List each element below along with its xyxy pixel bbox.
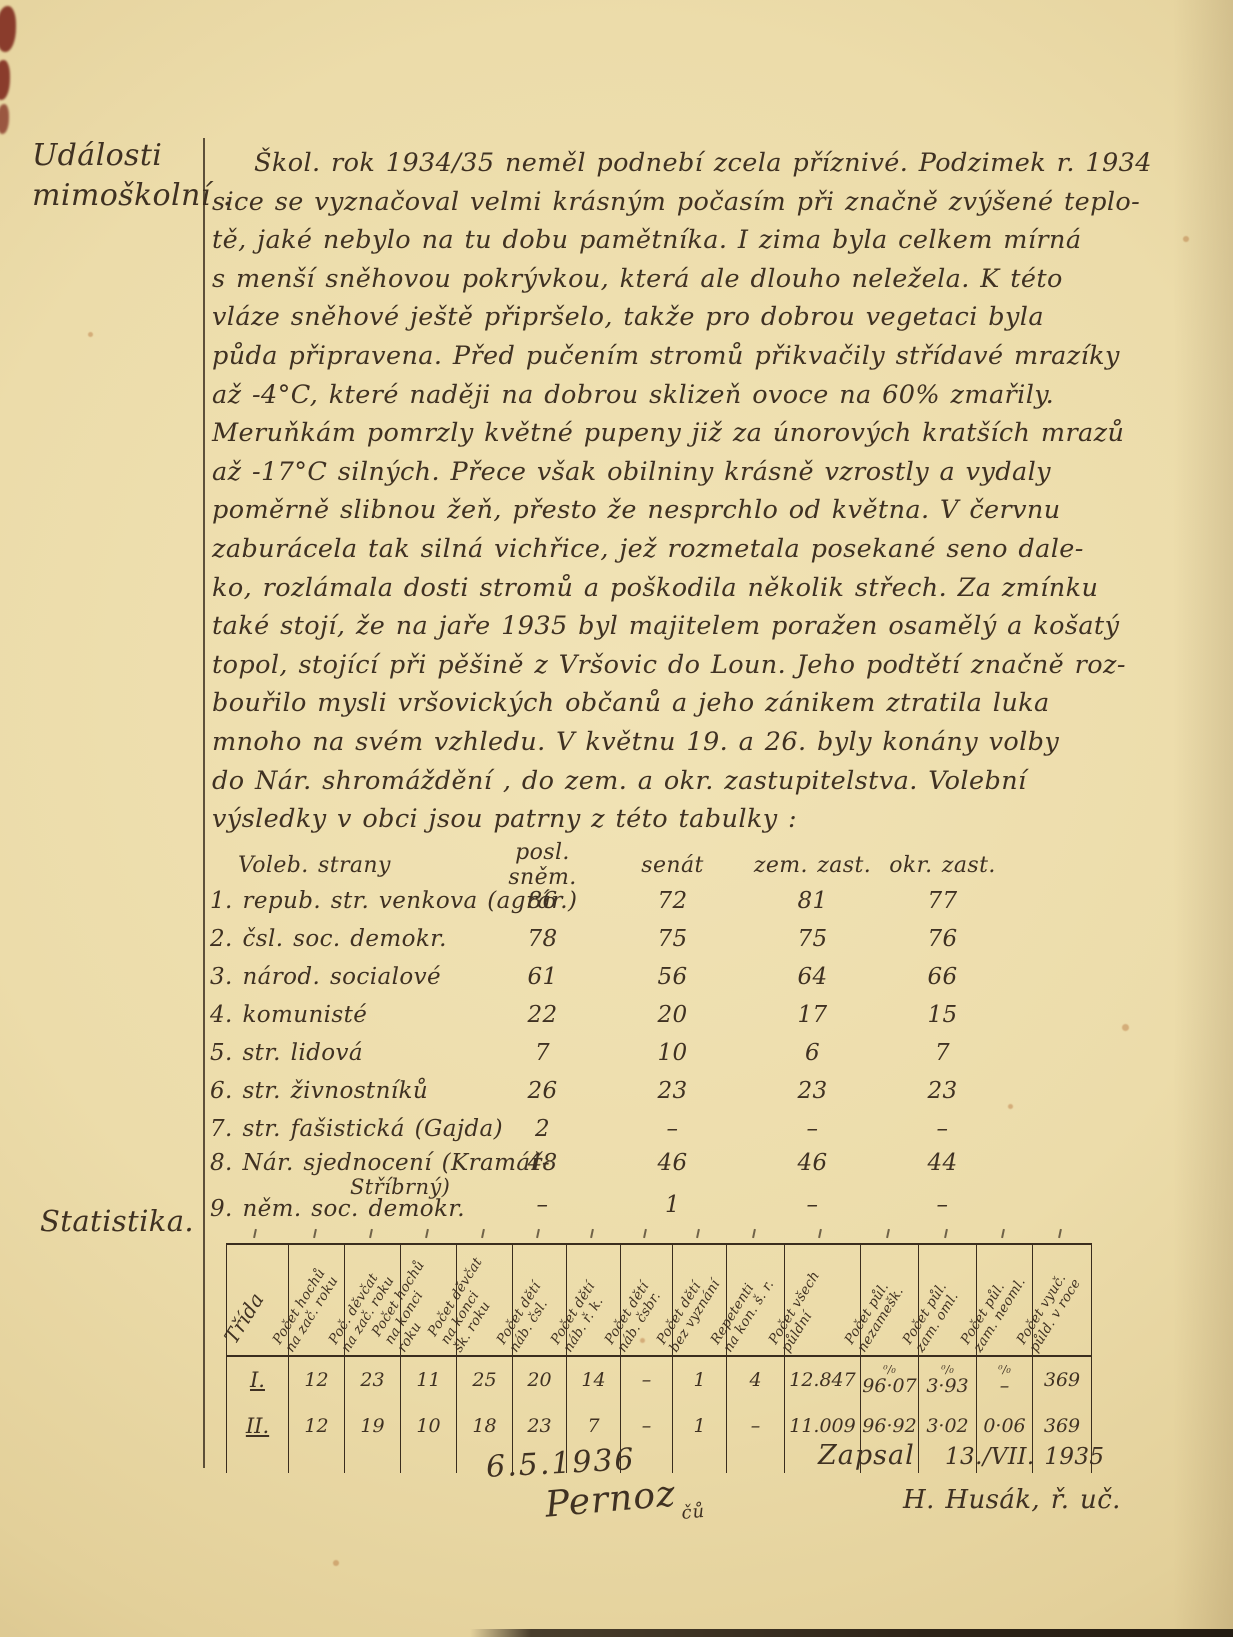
vote-count: –: [600, 1116, 745, 1142]
election-row: 3. národ. socialové61566466: [210, 958, 1090, 996]
stats-cell: 23: [345, 1357, 400, 1403]
stats-value: –: [1000, 1377, 1010, 1396]
stats-value: 369: [1044, 1371, 1080, 1390]
stats-cell: ⁰/₀–: [977, 1357, 1032, 1403]
election-column-header: okr. zast.: [880, 853, 1005, 878]
paragraph-line: zaburácela tak silná vichřice, jež rozme…: [212, 530, 1122, 569]
party-name: 8. Nár. sjednocení (Kramář-Stříbrný): [210, 1150, 485, 1176]
stats-cell: 369: [1033, 1403, 1091, 1449]
stats-cell: 7: [567, 1403, 620, 1449]
election-row: 4. komunisté22201715: [210, 996, 1090, 1034]
vote-count: 64: [745, 964, 880, 990]
vote-count: 23: [600, 1078, 745, 1104]
vote-count: 10: [600, 1040, 745, 1066]
percent-mark: ⁰/₀: [998, 1364, 1011, 1375]
election-row: 6. str. živnostníků26232323: [210, 1072, 1090, 1110]
stats-cell: 12: [289, 1357, 344, 1403]
vote-count: 1: [600, 1192, 745, 1218]
vote-count: 15: [880, 1002, 1005, 1028]
stats-value: 12.847: [789, 1371, 855, 1390]
stats-column: Počet půl. nezamešk.⁰/₀96·0796·92: [860, 1245, 918, 1473]
stats-cell: 11: [401, 1357, 456, 1403]
vote-count: 48: [485, 1150, 600, 1176]
vote-count: 22: [485, 1002, 600, 1028]
stats-value: 23: [527, 1417, 551, 1436]
paragraph-line: Meruňkám pomrzly květné pupeny již za ún…: [212, 414, 1122, 453]
page-edge-shade: [1173, 0, 1233, 1637]
edge-mark: [0, 60, 10, 100]
stats-value: 14: [581, 1371, 605, 1390]
tick-mark: [886, 1229, 890, 1238]
paragraph-line: také stojí, že na jaře 1935 byl majitele…: [212, 607, 1122, 646]
stats-value: 19: [360, 1417, 384, 1436]
stats-value: 96·92: [862, 1417, 916, 1436]
stats-value: 11: [416, 1371, 440, 1390]
paragraph-line: sice se vyznačoval velmi krásným počasím…: [212, 183, 1122, 222]
percent-mark: ⁰/₀: [941, 1364, 954, 1375]
margin-rule: [203, 138, 205, 1468]
stats-cell: 4: [727, 1357, 784, 1403]
stats-value: 12: [304, 1371, 328, 1390]
vote-count: 81: [745, 888, 880, 914]
stats-column: Počet všech půldní12.84711.009: [784, 1245, 860, 1473]
stats-cell: 25: [457, 1357, 512, 1403]
vote-count: 46: [600, 1150, 745, 1176]
paragraph-line: půda připravena. Před pučením stromů při…: [212, 337, 1122, 376]
paragraph-line: Škol. rok 1934/35 neměl podnebí zcela př…: [212, 144, 1122, 183]
vote-count: 2: [485, 1116, 600, 1142]
stats-value: 96·07: [862, 1377, 916, 1396]
stats-value: 23: [360, 1371, 384, 1390]
stats-value: 25: [472, 1371, 496, 1390]
vote-count: 76: [880, 926, 1005, 952]
vote-count: 78: [485, 926, 600, 952]
vote-count: 17: [745, 1002, 880, 1028]
chronicle-paragraph: Škol. rok 1934/35 neměl podnebí zcela př…: [212, 144, 1122, 839]
stats-value: 0·06: [983, 1417, 1025, 1436]
vote-count: 23: [745, 1078, 880, 1104]
vote-count: –: [745, 1192, 880, 1218]
vote-count: 7: [880, 1040, 1005, 1066]
stats-value: 10: [416, 1417, 440, 1436]
stats-cell: ⁰/₀96·07: [861, 1357, 918, 1403]
tick-mark: [590, 1229, 594, 1238]
vote-count: –: [880, 1116, 1005, 1142]
stats-value: 3·02: [926, 1417, 968, 1436]
paper-stain: [333, 1560, 339, 1566]
stats-column: Počet hochů na konci roku1110: [400, 1245, 456, 1473]
percent-mark: ⁰/₀: [883, 1364, 896, 1375]
stats-cell: 12.847: [785, 1357, 860, 1403]
tick-mark: [944, 1229, 948, 1238]
stats-cell: 14: [567, 1357, 620, 1403]
party-name: 4. komunisté: [210, 1002, 485, 1028]
vote-count: 61: [485, 964, 600, 990]
tick-mark: [696, 1229, 700, 1238]
stats-cell: 0·06: [977, 1403, 1032, 1449]
stats-cell: 23: [513, 1403, 566, 1449]
stats-value: 11.009: [789, 1417, 855, 1436]
stats-cell: ⁰/₀3·93: [919, 1357, 976, 1403]
stats-column: Repetenti na kon. š. r.4–: [726, 1245, 784, 1473]
stats-column: Počet dětí náb. čsl.2023: [512, 1245, 566, 1473]
stats-cell: 369: [1033, 1357, 1091, 1403]
class-label: I.: [227, 1357, 288, 1403]
stats-column: Počet dětí náb. ř. k.147: [566, 1245, 620, 1473]
stats-column: Počet hochů na zač. roku1212: [288, 1245, 344, 1473]
stats-cell: 1: [673, 1403, 726, 1449]
vote-count: 26: [485, 1078, 600, 1104]
vote-count: 23: [880, 1078, 1005, 1104]
edge-mark: [0, 104, 9, 134]
paragraph-line: bouřilo mysli vršovických občanů a jeho …: [212, 684, 1122, 723]
election-row: 8. Nár. sjednocení (Kramář-Stříbrný)4846…: [210, 1148, 1090, 1186]
tick-mark: [313, 1229, 317, 1238]
recorded-by-label: Zapsal: [818, 1440, 915, 1471]
stats-value: –: [751, 1417, 761, 1436]
stats-value: 7: [587, 1417, 599, 1436]
paper-stain: [1122, 1024, 1129, 1031]
election-column-header: zem. zast.: [745, 853, 880, 878]
paragraph-line: mnoho na svém vzhledu. V květnu 19. a 26…: [212, 723, 1122, 762]
election-row: 7. str. fašistická (Gajda)2–––: [210, 1110, 1090, 1148]
tick-mark: [254, 1229, 258, 1238]
stats-cell: 18: [457, 1403, 512, 1449]
stats-value: –: [642, 1371, 652, 1390]
vote-count: 46: [745, 1150, 880, 1176]
party-name: 7. str. fašistická (Gajda): [210, 1116, 485, 1142]
tick-mark: [1001, 1229, 1005, 1238]
stats-value: 18: [472, 1417, 496, 1436]
election-row: 2. čsl. soc. demokr.78757576: [210, 920, 1090, 958]
stats-column: Počet děvčat na konci šk. roku2518: [456, 1245, 512, 1473]
paragraph-line: poměrně slibnou žeň, přesto že nesprchlo…: [212, 491, 1122, 530]
stats-value: 3·93: [926, 1377, 968, 1396]
vote-count: 66: [880, 964, 1005, 990]
tick-mark: [369, 1229, 373, 1238]
vote-count: 75: [600, 926, 745, 952]
paragraph-line: až -4°C, které naději na dobrou sklizeň …: [212, 376, 1122, 415]
stats-value: –: [642, 1417, 652, 1436]
vote-count: 6: [745, 1040, 880, 1066]
tick-mark: [1058, 1229, 1062, 1238]
paragraph-line: vláze sněhové ještě připršelo, takže pro…: [212, 298, 1122, 337]
stats-cell: 12: [289, 1403, 344, 1449]
statistics-table: TřídaI.II.Počet hochů na zač. roku1212Po…: [226, 1243, 1092, 1473]
tick-mark: [643, 1229, 647, 1238]
election-column-header: Voleb. strany: [210, 853, 485, 878]
statistics-table-header-rule: [226, 1355, 1092, 1357]
stats-column: Počet dětí bez vyznání11: [672, 1245, 726, 1473]
party-name: 3. národ. socialové: [210, 964, 485, 990]
stats-value: 1: [693, 1371, 705, 1390]
stats-cell: –: [621, 1357, 672, 1403]
vote-count: 86: [485, 888, 600, 914]
party-name: 5. str. lidová: [210, 1040, 485, 1066]
party-name: 1. repub. str. venkova (agrár.): [210, 888, 485, 914]
stats-column: TřídaI.II.: [226, 1245, 288, 1473]
stats-cell: 10: [401, 1403, 456, 1449]
inspector-signature-text: Pernoz: [544, 1473, 678, 1525]
stats-cell: 3·02: [919, 1403, 976, 1449]
election-row: 9. něm. soc. demokr.–1––: [210, 1186, 1090, 1224]
paragraph-line: výsledky v obci jsou patrny z této tabul…: [212, 800, 1122, 839]
stats-column-header: Počet vyuč. půld. v roce: [1033, 1245, 1091, 1357]
vote-count: 72: [600, 888, 745, 914]
paragraph-line: do Nár. shromáždění , do zem. a okr. zas…: [212, 762, 1122, 801]
vote-count: 44: [880, 1150, 1005, 1176]
stats-column: Poč. děvčat na zač. roku2319: [344, 1245, 400, 1473]
election-row: 1. repub. str. venkova (agrár.)86728177: [210, 882, 1090, 920]
stats-column: Počet vyuč. půld. v roce369369: [1032, 1245, 1092, 1473]
vote-count: 20: [600, 1002, 745, 1028]
election-header-row: Voleb. stranyposl. sněm.senátzem. zast.o…: [210, 840, 1090, 882]
stats-value: 20: [527, 1371, 551, 1390]
recorded-date: 13./VII. 1935: [945, 1444, 1104, 1470]
stats-cell: 19: [345, 1403, 400, 1449]
vote-count: 56: [600, 964, 745, 990]
stats-value: 369: [1044, 1417, 1080, 1436]
recorder-signature: H. Husák, ř. uč.: [903, 1485, 1121, 1515]
stats-cell: 1: [673, 1357, 726, 1403]
vote-count: 77: [880, 888, 1005, 914]
election-row: 5. str. lidová71067: [210, 1034, 1090, 1072]
paragraph-line: topol, stojící při pěšině z Vršovic do L…: [212, 646, 1122, 685]
stats-column: Počet dětí náb. čsbr.––: [620, 1245, 672, 1473]
stats-value: 4: [749, 1371, 761, 1390]
paragraph-line: ko, rozlámala dosti stromů a poškodila n…: [212, 569, 1122, 608]
vote-count: –: [485, 1192, 600, 1218]
party-name: 6. str. živnostníků: [210, 1078, 485, 1104]
stats-value: 12: [304, 1417, 328, 1436]
vote-count: –: [880, 1192, 1005, 1218]
party-name: 2. čsl. soc. demokr.: [210, 926, 485, 952]
vote-count: 75: [745, 926, 880, 952]
tick-mark: [818, 1229, 822, 1238]
stats-cell: –: [727, 1403, 784, 1449]
election-results-table: Voleb. stranyposl. sněm.senátzem. zast.o…: [210, 840, 1090, 1224]
paragraph-line: až -17°C silných. Přece však obilniny kr…: [212, 453, 1122, 492]
election-column-header: senát: [600, 853, 745, 878]
party-name: 9. něm. soc. demokr.: [210, 1196, 485, 1222]
stats-value: 1: [693, 1417, 705, 1436]
page-edge-shadow: [470, 1629, 1233, 1637]
tick-mark: [752, 1229, 756, 1238]
paragraph-line: s menší sněhovou pokrývkou, která ale dl…: [212, 260, 1122, 299]
inspector-signature-suffix: čů: [681, 1501, 706, 1524]
paragraph-line: tě, jaké nebylo na tu dobu pamětníka. I …: [212, 221, 1122, 260]
stats-column: Počet půl. zam. oml.⁰/₀3·933·02: [918, 1245, 976, 1473]
vote-count: 7: [485, 1040, 600, 1066]
vote-count: –: [745, 1116, 880, 1142]
edge-mark: [0, 6, 16, 52]
chronicle-page: Události mimoškolní . Statistika. Škol. …: [0, 0, 1233, 1637]
stats-column: Počet půl. zam. neoml.⁰/₀–0·06: [976, 1245, 1032, 1473]
paper-stain: [88, 332, 93, 337]
tick-mark: [536, 1229, 540, 1238]
statistika-label: Statistika.: [40, 1204, 194, 1238]
stats-cell: 20: [513, 1357, 566, 1403]
class-label: II.: [227, 1403, 288, 1449]
